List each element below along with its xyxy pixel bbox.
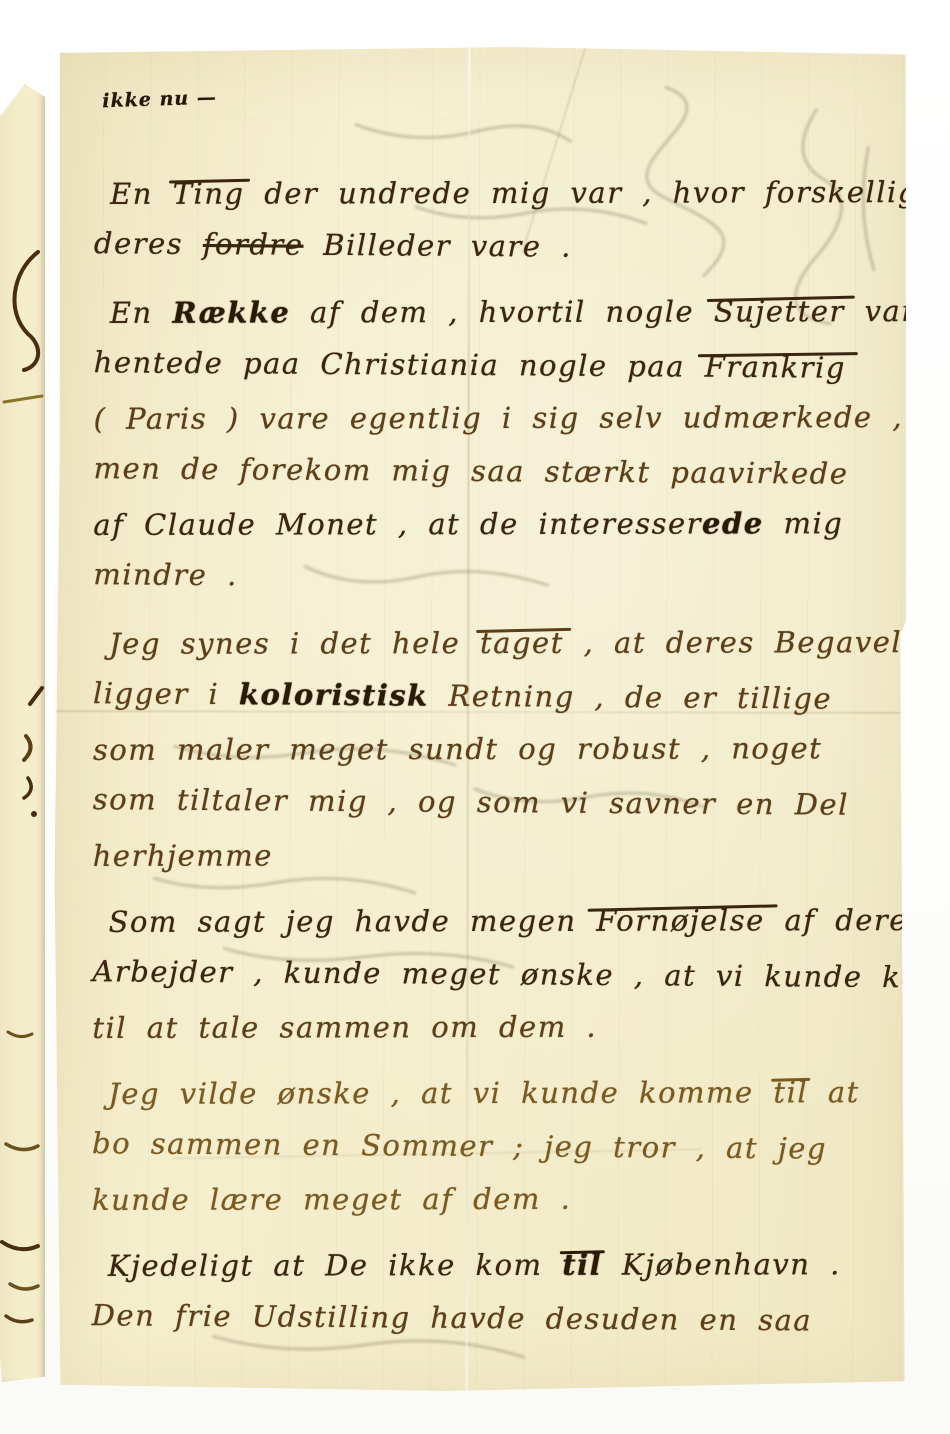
letter-page: ikke nu — En Ting der undrede mig var , … (54, 46, 908, 1392)
word-segment: men de forekom mig saa stærkt paavirkede (93, 451, 848, 491)
word-segment: til at tale sammen om dem . (92, 1010, 597, 1045)
handwriting-line: men de forekom mig saa stærkt paavirkede (93, 442, 866, 501)
word-segment: herhjemme (93, 838, 273, 872)
word-segment: Arbejder , kunde meget ønske , at vi kun… (92, 954, 950, 995)
handwriting-line: hentede paa Christiania nogle paa Frankr… (94, 336, 867, 395)
word-segment: Billeder vare . (303, 228, 572, 264)
word-segment: ligger i (93, 676, 239, 711)
word-segment: Kjøbenhavn . (602, 1247, 841, 1282)
paragraph: En Række af dem , hvortil nogle Sujetter… (93, 285, 867, 605)
word-segment: Retning , de er tillige (429, 679, 833, 716)
handwriting-line: til at tale sammen om dem . (92, 1000, 865, 1055)
handwriting-line: deres fordre Billeder vare . (94, 217, 867, 276)
word-segment: at (808, 1075, 860, 1109)
word-segment: som maler meget sundt og robust , noget (93, 731, 822, 767)
handwriting-line: bo sammen en Sommer ; jeg tror , at jeg (92, 1117, 865, 1176)
word-segment: Som sagt jeg havde megen (109, 904, 597, 939)
word-segment: En (110, 177, 173, 211)
handwriting-line: mindre . (93, 548, 866, 607)
struck-out-word: fordre (203, 227, 304, 262)
letter-content: ikke nu — En Ting der undrede mig var , … (54, 46, 908, 1392)
word-segment: Ting (173, 177, 245, 211)
word-segment: Den frie Udstilling havde desuden en saa (92, 1298, 813, 1337)
paragraph: Som sagt jeg havde megen Fornøjelse af d… (92, 894, 865, 1055)
handwriting-line: Kjedeligt at De ikke kom til Kjøbenhavn … (92, 1238, 865, 1293)
word-segment: af dem , hvortil nogle (290, 294, 714, 329)
word-segment: Fornøjelse (596, 903, 765, 937)
word-segment: Frankrig (705, 350, 846, 385)
word-segment: Kjedeligt at De ikke kom (108, 1248, 562, 1283)
word-segment: Række (172, 295, 290, 329)
word-segment: af Claude Monet , at de interesser (93, 506, 702, 541)
word-segment: Jeg vilde ønske , at vi kunde komme (108, 1075, 773, 1111)
handwriting-line: En Ting der undrede mig var , hvor forsk… (94, 166, 867, 221)
handwriting-line: Den frie Udstilling havde desuden en saa (92, 1289, 865, 1348)
word-segment: En (110, 296, 173, 330)
word-segment: Jeg synes i det hele (109, 626, 480, 661)
margin-annotation: ikke nu — (102, 86, 217, 112)
handwriting-line: Som sagt jeg havde megen Fornøjelse af d… (93, 894, 866, 949)
paragraph: Jeg synes i det hele taget , at deres Be… (93, 616, 867, 883)
handwriting-line: En Række af dem , hvortil nogle Sujetter… (94, 285, 867, 340)
word-segment: ( Paris ) vare egentlig i sig selv udmær… (94, 400, 903, 436)
adjacent-page-ink-fragments (0, 84, 45, 1382)
handwriting-line: Arbejder , kunde meget ønske , at vi kun… (92, 945, 865, 1004)
adjacent-page-edge (0, 84, 45, 1382)
scan-background: ikke nu — En Ting der undrede mig var , … (0, 0, 950, 1434)
word-segment: koloristisk (239, 677, 429, 712)
word-segment: bo sammen en Sommer ; jeg tror , at jeg (92, 1126, 827, 1165)
word-segment: mindre . (93, 557, 238, 592)
handwriting-line: Jeg vilde ønske , at vi kunde komme til … (92, 1066, 865, 1121)
word-segment: kunde lære meget af dem . (92, 1182, 571, 1217)
word-segment: som tiltaler mig , og som vi savner en D… (93, 782, 849, 822)
word-segment: , at deres Begavelse (564, 625, 937, 660)
paragraph: Jeg vilde ønske , at vi kunde komme til … (92, 1066, 865, 1227)
handwriting-line: som tiltaler mig , og som vi savner en D… (93, 773, 866, 832)
word-segment: Sujetter (714, 294, 845, 328)
handwriting-line: ( Paris ) vare egentlig i sig selv udmær… (94, 391, 867, 446)
paragraph: Kjedeligt at De ikke kom til Kjøbenhavn … (92, 1238, 865, 1346)
word-segment: til (562, 1248, 602, 1282)
word-segment: der undrede mig var , hvor forskellige (244, 175, 936, 211)
handwriting-line: som maler meget sundt og robust , noget (93, 722, 866, 777)
word-segment: til (773, 1075, 808, 1109)
word-segment: deres (94, 226, 203, 261)
handwriting-line: herhjemme (93, 828, 866, 883)
word-segment: taget (480, 626, 564, 660)
letter-body: En Ting der undrede mig var , hvor forsk… (92, 166, 867, 1346)
word-segment: ede (702, 506, 764, 540)
handwriting-line: af Claude Monet , at de interesserede mi… (93, 497, 866, 552)
handwriting-line: kunde lære meget af dem . (92, 1172, 865, 1227)
word-segment: var (845, 294, 917, 328)
handwriting-line: Jeg synes i det hele taget , at deres Be… (93, 616, 866, 671)
paragraph: En Ting der undrede mig var , hvor forsk… (94, 166, 867, 274)
word-segment: af deres (765, 903, 925, 937)
word-segment: mig (764, 506, 844, 540)
handwriting-line: ligger i koloristisk Retning , de er til… (93, 667, 866, 726)
word-segment: hentede paa Christiania nogle paa (94, 345, 705, 383)
